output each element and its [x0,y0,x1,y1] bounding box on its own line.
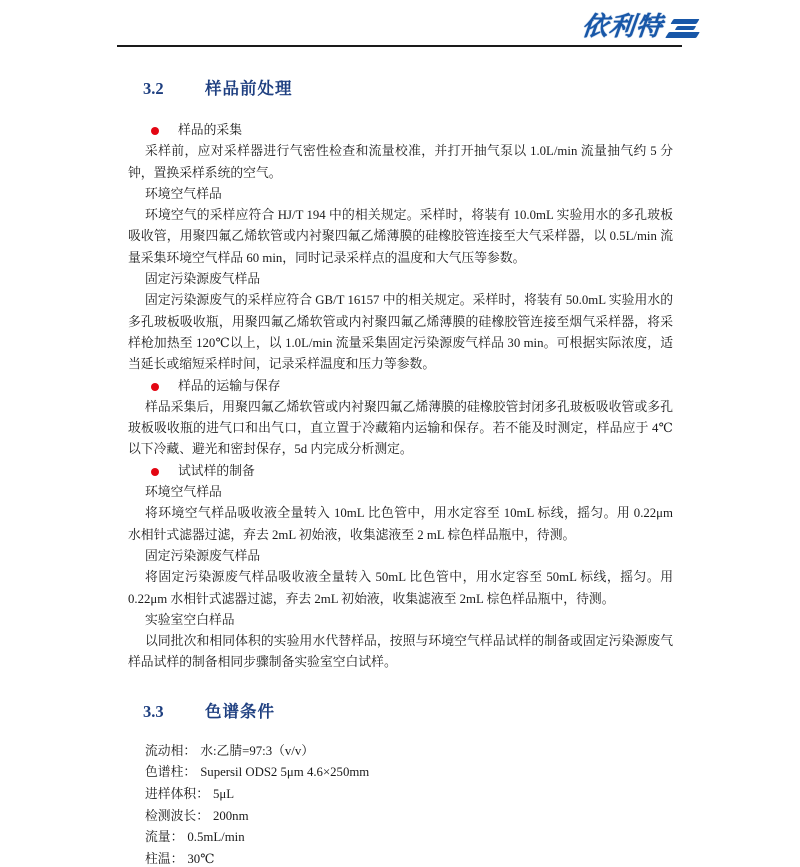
condition-item: 色谱柱：Supersil ODS2 5μm 4.6×250mm [145,762,673,784]
condition-item: 检测波长：200nm [145,806,673,828]
bullet-item: 样品的采集 [128,120,673,141]
paragraph: 采样前，应对采样器进行气密性检查和流量校准，并打开抽气泵以 1.0L/min 流… [128,141,673,184]
condition-label: 检测波长： [145,809,209,823]
sub-heading: 固定污染源废气样品 [128,269,673,290]
section-title: 色谱条件 [205,702,275,721]
bullet-icon [151,127,159,135]
paragraph: 固定污染源废气的采样应符合 GB/T 16157 中的相关规定。采样时，将装有 … [128,290,673,375]
section-title: 样品前处理 [205,79,293,98]
bullet-icon [151,468,159,476]
paragraph: 将固定污染源废气样品吸收液全量转入 50mL 比色管中，用水定容至 50mL 标… [128,567,673,610]
brand-logo: 依利特 [582,12,698,40]
bullet-label: 试试样的制备 [178,464,255,478]
condition-label: 柱温： [145,852,183,866]
brand-logo-text: 依利特 [581,12,665,40]
condition-item: 流动相：水:乙腈=97:3（v/v） [145,741,673,763]
pretreatment-text-blocks: 样品的采集采样前，应对采样器进行气密性检查和流量校准，并打开抽气泵以 1.0L/… [128,120,673,674]
sub-heading: 固定污染源废气样品 [128,546,673,567]
condition-item: 流量：0.5mL/min [145,827,673,849]
bullet-icon [151,383,159,391]
condition-value: 水:乙腈=97:3（v/v） [200,744,314,758]
paragraph: 以同批次和相同体积的实验用水代替样品，按照与环境空气样品试样的制备或固定污染源废… [128,631,673,674]
condition-value: 30℃ [187,852,214,866]
section-number: 3.3 [143,702,205,721]
header-divider [117,45,682,47]
condition-value: 200nm [213,809,249,823]
condition-label: 进样体积： [145,787,209,801]
paragraph: 环境空气的采样应符合 HJ/T 194 中的相关规定。采样时，将装有 10.0m… [128,205,673,269]
paragraph: 将环境空气样品吸收液全量转入 10mL 比色管中，用水定容至 10mL 标线，摇… [128,503,673,546]
bullet-label: 样品的运输与保存 [178,379,280,393]
sub-heading: 环境空气样品 [128,482,673,503]
condition-label: 流量： [145,830,183,844]
condition-value: 5μL [213,787,234,801]
section-heading-chromatography-conditions: 3.3色谱条件 [143,674,673,721]
brand-stripes-icon [667,19,698,38]
paragraph: 样品采集后，用聚四氟乙烯软管或内衬聚四氟乙烯薄膜的硅橡胶管封闭多孔玻板吸收管或多… [128,397,673,461]
sub-heading: 实验室空白样品 [128,610,673,631]
sub-heading: 环境空气样品 [128,184,673,205]
condition-item: 进样体积：5μL [145,784,673,806]
document-body: 3.2样品前处理 样品的采集采样前，应对采样器进行气密性检查和流量校准，并打开抽… [128,70,673,867]
bullet-label: 样品的采集 [178,123,242,137]
condition-value: 0.5mL/min [187,830,244,844]
condition-label: 色谱柱： [145,765,196,779]
section-number: 3.2 [143,79,205,98]
condition-item: 柱温：30℃ [145,849,673,867]
bullet-item: 样品的运输与保存 [128,376,673,397]
document-page: 依利特 3.2样品前处理 样品的采集采样前，应对采样器进行气密性检查和流量校准，… [0,0,800,867]
bullet-item: 试试样的制备 [128,461,673,482]
condition-label: 流动相： [145,744,196,758]
chromatography-conditions-list: 流动相：水:乙腈=97:3（v/v）色谱柱：Supersil ODS2 5μm … [128,741,673,867]
condition-value: Supersil ODS2 5μm 4.6×250mm [200,765,369,779]
section-heading-sample-pretreatment: 3.2样品前处理 [143,70,673,98]
